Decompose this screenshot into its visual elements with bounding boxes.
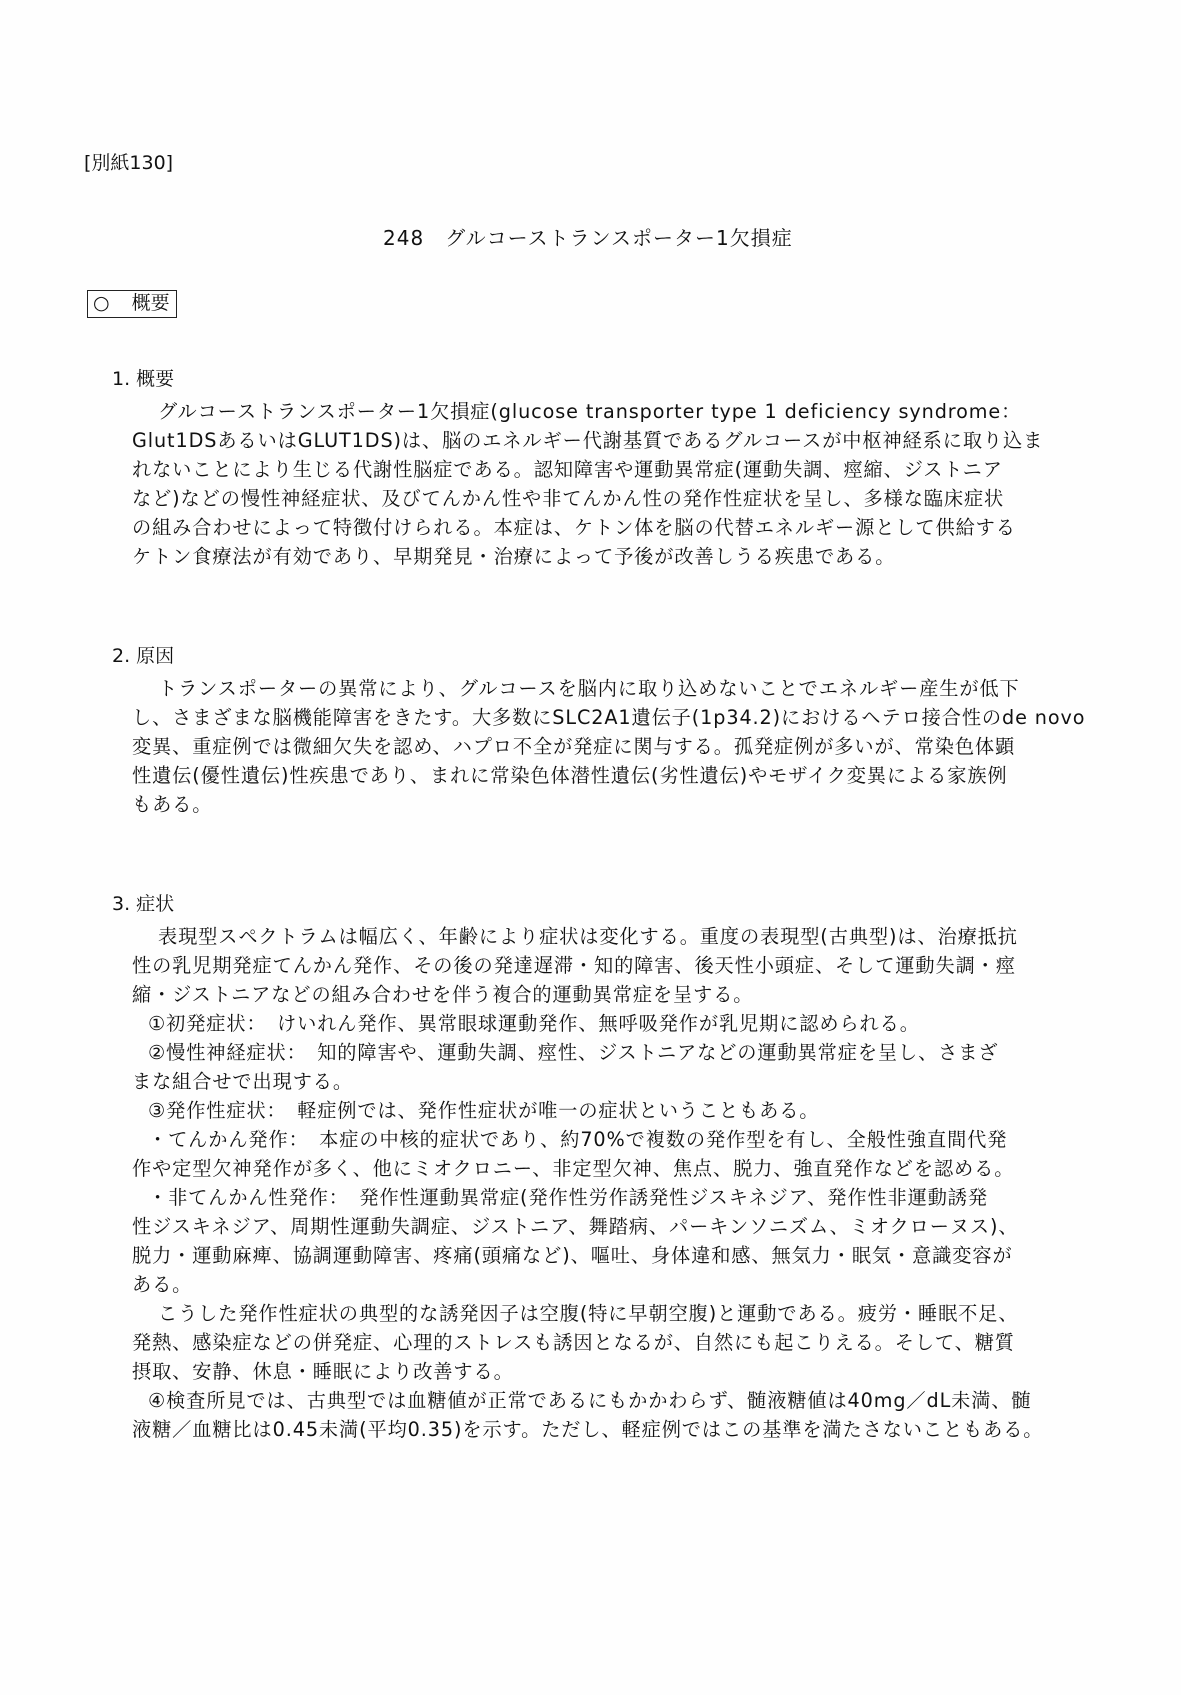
list-item-chronic-symptoms: ②慢性神経症状： 知的障害や、運動失調、痙性、ジストニアなどの運動異常症を呈し、…	[148, 1038, 998, 1065]
paragraph-line: 縮・ジストニアなどの組み合わせを伴う複合的運動異常症を呈する。	[132, 980, 753, 1007]
paragraph-line: まな組合せで出現する。	[132, 1067, 353, 1094]
paragraph-line: 性遺伝(優性遺伝)性疾患であり、まれに常染色体潜性遺伝(劣性遺伝)やモザイク変異…	[132, 761, 1008, 788]
paragraph-line: 変異、重症例では微細欠失を認め、ハプロ不全が発症に関与する。孤発症例が多いが、常…	[132, 732, 1015, 759]
section-heading-symptoms: 3. 症状	[112, 889, 174, 916]
paragraph-line: Glut1DSあるいはGLUT1DS)は、脳のエネルギー代謝基質であるグルコース…	[132, 426, 1043, 453]
list-item-initial-symptoms: ①初発症状： けいれん発作、異常眼球運動発作、無呼吸発作が乳児期に認められる。	[148, 1009, 920, 1036]
attachment-label: [別紙130]	[84, 148, 173, 175]
paragraph-line: 液糖／血糖比は0.45未満(平均0.35)を示す。ただし、軽症例ではこの基準を満…	[132, 1415, 1043, 1442]
paragraph-line: ケトン食療法が有効であり、早期発見・治療によって予後が改善しうる疾患である。	[132, 542, 895, 569]
circle-icon: ○	[93, 292, 110, 314]
paragraph-line: 脱力・運動麻痺、協調運動障害、疼痛(頭痛など)、嘔吐、身体違和感、無気力・眠気・…	[132, 1241, 1013, 1268]
paragraph-line: 摂取、安静、休息・睡眠により改善する。	[132, 1357, 514, 1384]
paragraph-line: もある。	[132, 790, 212, 817]
paragraph-line: ある。	[132, 1270, 192, 1297]
document-title: 248 グルコーストランスポーター1欠損症	[383, 222, 793, 251]
paragraph-line: など)などの慢性神経症状、及びてんかん性や非てんかん性の発作性症状を呈し、多様な…	[132, 484, 1004, 511]
paragraph-line: 作や定型欠神発作が多く、他にミオクロニー、非定型欠神、焦点、脱力、強直発作などを…	[132, 1154, 1014, 1181]
paragraph-line: トランスポーターの異常により、グルコースを脳内に取り込めないことでエネルギー産生…	[158, 674, 1020, 701]
list-item-paroxysmal-symptoms: ③発作性症状： 軽症例では、発作性症状が唯一の症状ということもある。	[148, 1096, 819, 1123]
paragraph-line: 表現型スペクトラムは幅広く、年齢により症状は変化する。重度の表現型(古典型)は、…	[158, 922, 1018, 949]
section-box-label: 概要	[132, 292, 170, 314]
paragraph-line: 性の乳児期発症てんかん発作、その後の発達遅滞・知的障害、後天性小頭症、そして運動…	[132, 951, 1016, 978]
paragraph-line: の組み合わせによって特徴付けられる。本症は、ケトン体を脳の代替エネルギー源として…	[132, 513, 1016, 540]
paragraph-line: 発熱、感染症などの併発症、心理的ストレスも誘因となるが、自然にも起こりえる。そし…	[132, 1328, 1015, 1355]
section-heading-cause: 2. 原因	[112, 641, 174, 668]
paragraph-line: し、さまざまな脳機能障害をきたす。大多数にSLC2A1遺伝子(1p34.2)にお…	[132, 703, 1085, 730]
list-item-lab-findings: ④検査所見では、古典型では血糖値が正常であるにもかかわらず、髄液糖値は40mg／…	[148, 1386, 1032, 1413]
section-box-overview: ○概要	[87, 290, 177, 318]
bullet-non-epileptic-seizures: ・非てんかん性発作： 発作性運動異常症(発作性労作誘発性ジスキネジア、発作性非運…	[148, 1183, 988, 1210]
paragraph-line: れないことにより生じる代謝性脳症である。認知障害や運動異常症(運動失調、痙縮、ジ…	[132, 455, 1003, 482]
paragraph-line: 性ジスキネジア、周期性運動失調症、ジストニア、舞踏病、パーキンソニズム、ミオクロ…	[132, 1212, 1018, 1239]
paragraph-line: グルコーストランスポーター1欠損症(glucose transporter ty…	[158, 397, 1021, 424]
bullet-epileptic-seizures: ・てんかん発作： 本症の中核的症状であり、約70%で複数の発作型を有し、全般性強…	[148, 1125, 1007, 1152]
paragraph-line: こうした発作性症状の典型的な誘発因子は空腹(特に早朝空腹)と運動である。疲労・睡…	[158, 1299, 1018, 1326]
section-heading-overview: 1. 概要	[112, 364, 174, 391]
